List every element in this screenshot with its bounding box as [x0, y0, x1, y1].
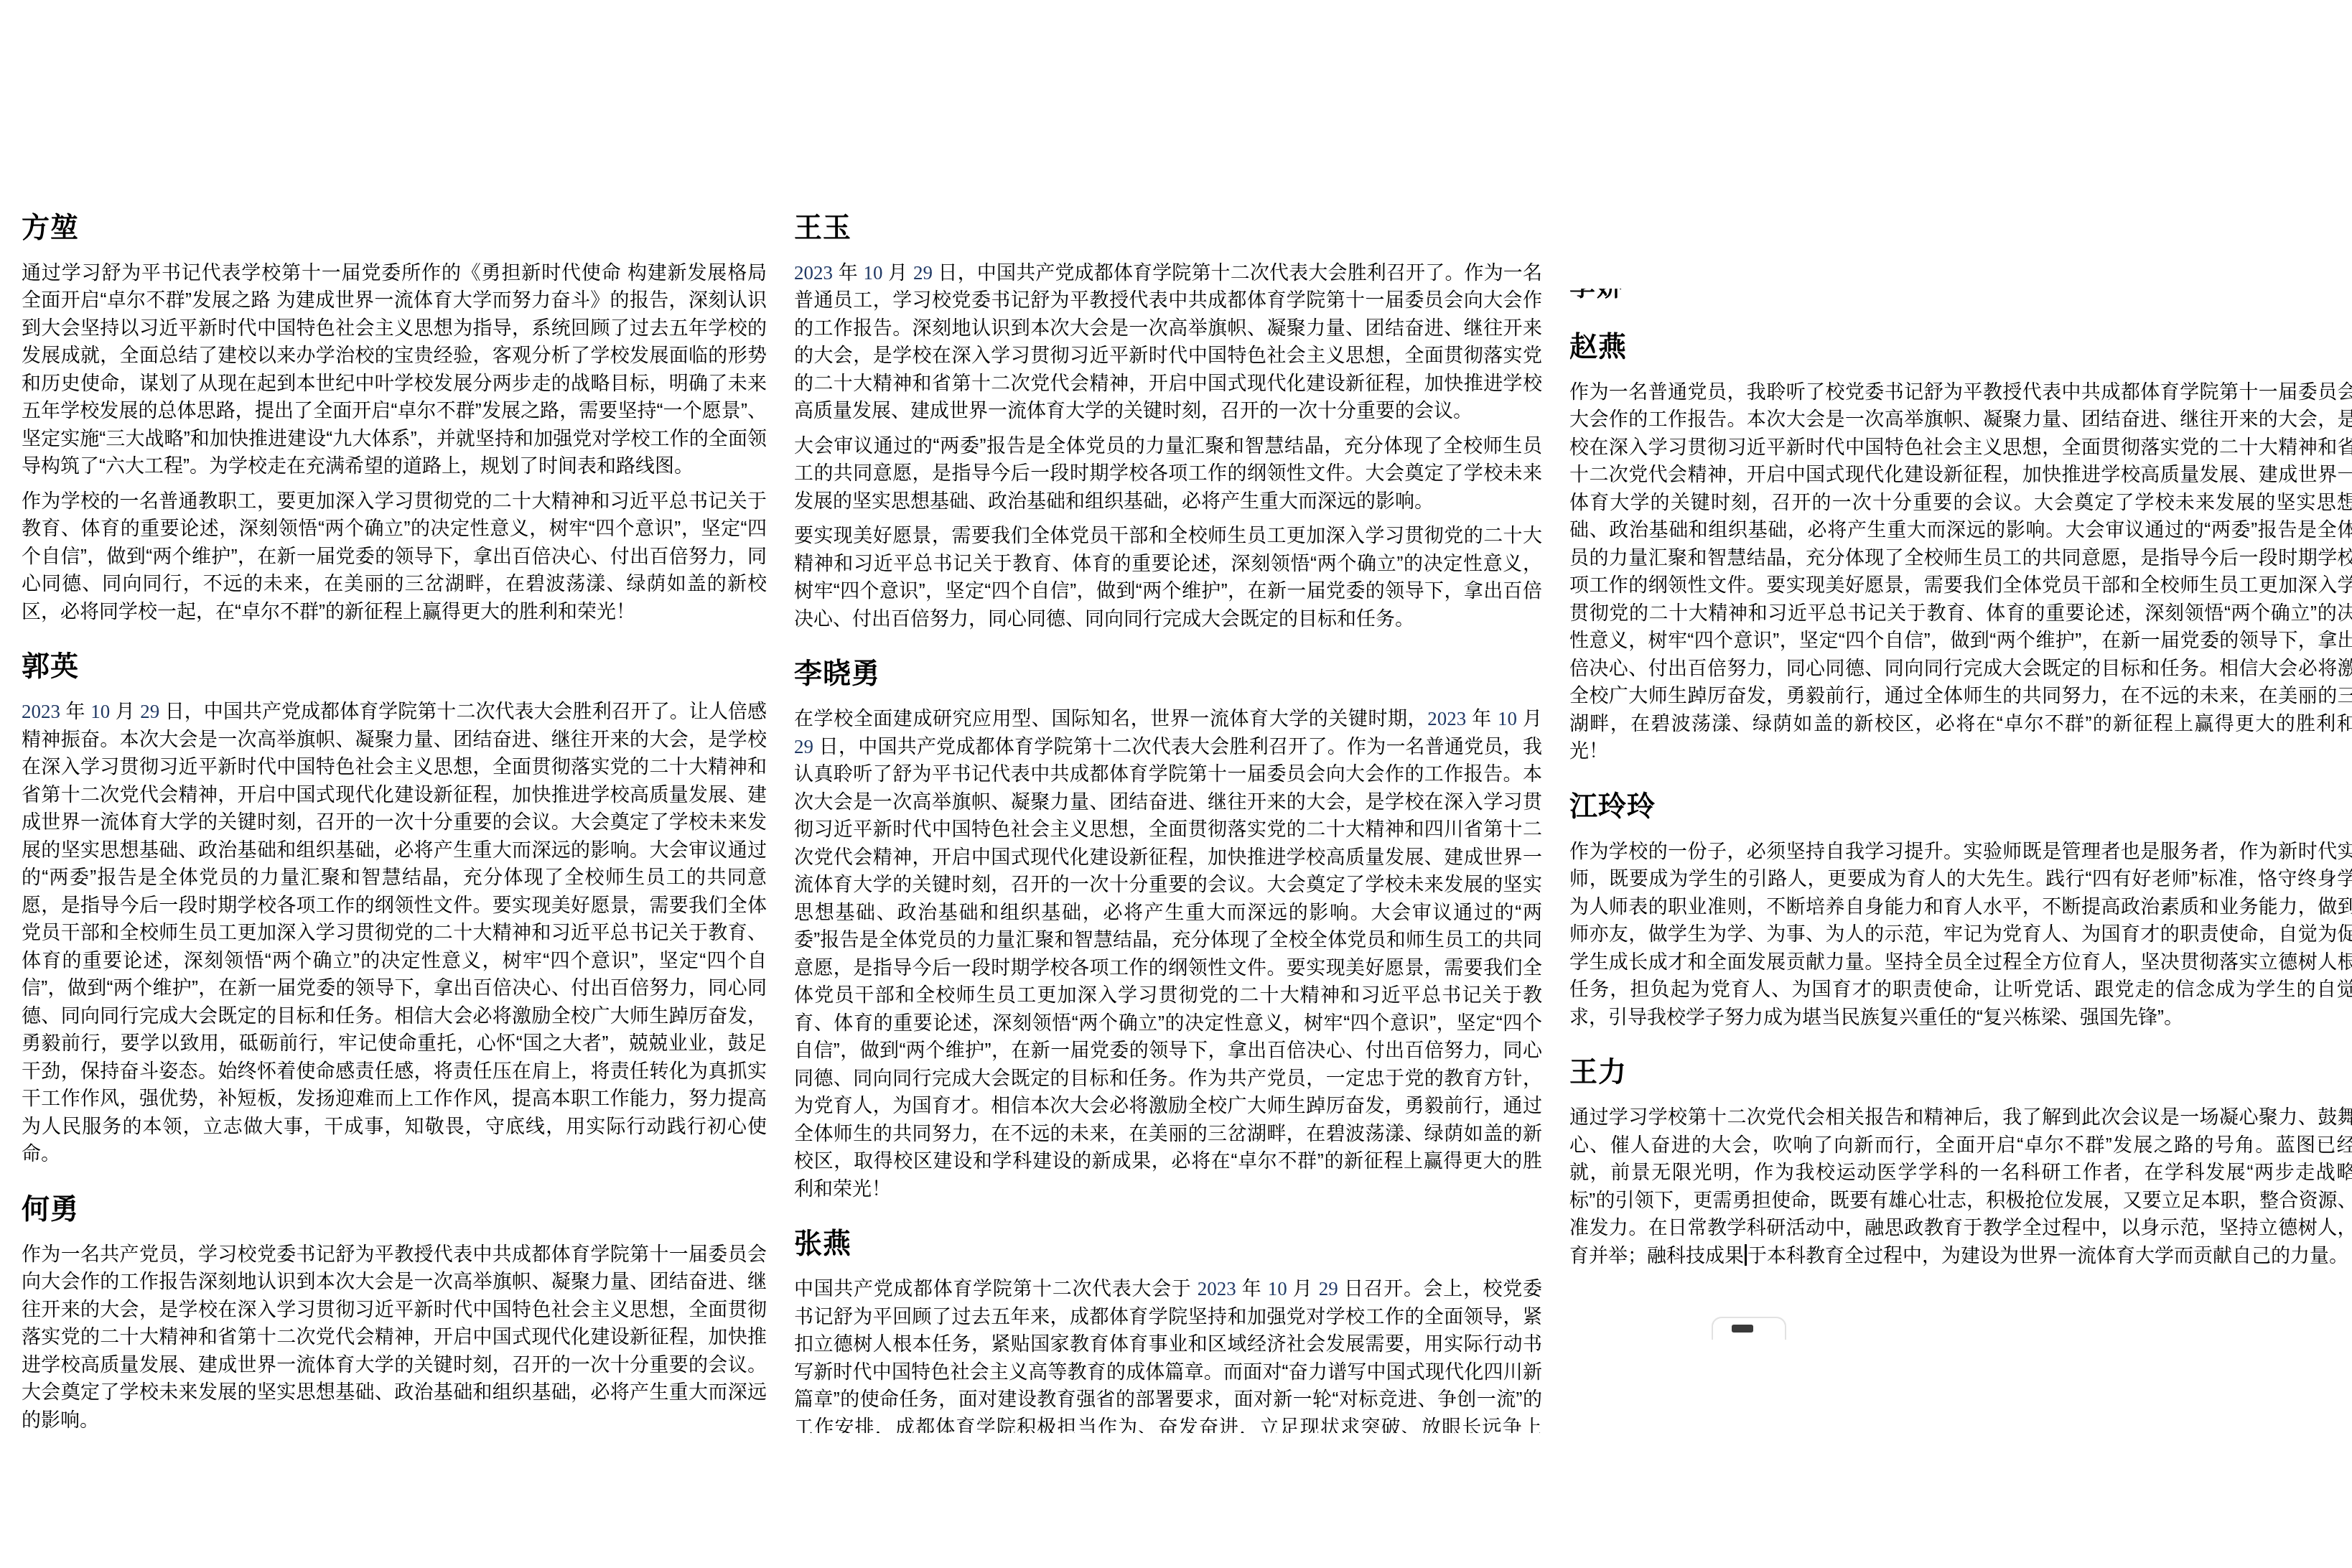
section-王力: 王力通过学习学校第十二次党代会相关报告和精神后，我了解到此次会议是一场凝心聚力、… [1569, 1057, 2352, 1269]
section-heading[interactable]: 方堃 [22, 213, 767, 245]
paragraph[interactable]: 作为一名普通党员，我聆听了校党委书记舒为平教授代表中共成都体育学院第十一届委员会… [1569, 378, 2352, 765]
section-heading[interactable]: 江玲玲 [1569, 791, 2352, 823]
section-江玲玲: 江玲玲作为学校的一份子，必须坚持自我学习提升。实验师既是管理者也是服务者，作为新… [1569, 791, 2352, 1031]
floating-popup[interactable] [1712, 1317, 1786, 1340]
section-方堃: 方堃通过学习舒为平书记代表学校第十一届党委所作的《勇担新时代使命 构建新发展格局… [22, 213, 767, 625]
clipped-heading-fragment: 李娇· [1569, 289, 2352, 306]
popup-glyph-icon [1732, 1325, 1753, 1333]
paragraph[interactable]: 要实现美好愿景，需要我们全体党员干部和全校师生员工更加深入学习贯彻党的二十大精神… [794, 522, 1542, 633]
section-heading[interactable]: 王力 [1569, 1057, 2352, 1089]
date-number: 29 [1319, 1278, 1338, 1299]
section-郭英: 郭英2023 年 10 月 29 日，中国共产党成都体育学院第十二次代表大会胜利… [22, 651, 767, 1167]
paragraph[interactable]: 2023 年 10 月 29 日，中国共产党成都体育学院第十二次代表大会胜利召开… [22, 698, 767, 1168]
section-heading[interactable]: 赵燕 [1569, 332, 2352, 364]
paragraph[interactable]: 作为学校的一份子，必须坚持自我学习提升。实验师既是管理者也是服务者，作为新时代实… [1569, 838, 2352, 1032]
paragraph[interactable]: 2023 年 10 月 29 日，中国共产党成都体育学院第十二次代表大会胜利召开… [794, 259, 1542, 425]
date-number: 10 [1268, 1278, 1287, 1299]
date-number: 10 [90, 701, 110, 722]
section-heading[interactable]: 郭英 [22, 651, 767, 683]
text-column-3[interactable]: 李娇· 赵燕作为一名普通党员，我聆听了校党委书记舒为平教授代表中共成都体育学院第… [1569, 289, 2352, 1416]
section-李晓勇: 李晓勇在学校全面建成研究应用型、国际知名，世界一流体育大学的关键时期，2023 … [794, 658, 1542, 1203]
section-何勇: 何勇作为一名共产党员，学习校党委书记舒为平教授代表中共成都体育学院第十一届委员会… [22, 1194, 767, 1437]
clipped-heading-fragment-text: 李娇· [1569, 289, 2352, 303]
date-number: 10 [1498, 708, 1517, 729]
date-number: 2023 [1427, 708, 1466, 729]
section-王玉: 王玉2023 年 10 月 29 日，中国共产党成都体育学院第十二次代表大会胜利… [794, 213, 1542, 633]
text-cursor [1745, 1244, 1747, 1266]
date-number: 10 [863, 262, 882, 284]
paragraph[interactable]: 中国共产党成都体育学院第十二次代表大会于 2023 年 10 月 29 日召开。… [794, 1275, 1542, 1433]
document-page[interactable]: 方堃通过学习舒为平书记代表学校第十一届党委所作的《勇担新时代使命 构建新发展格局… [0, 0, 2352, 1568]
date-number: 2023 [794, 262, 833, 284]
section-heading[interactable]: 李晓勇 [794, 658, 1542, 691]
date-number: 2023 [22, 701, 60, 722]
section-heading[interactable]: 王玉 [794, 213, 1542, 245]
date-number: 29 [913, 262, 933, 284]
text-column-1[interactable]: 方堃通过学习舒为平书记代表学校第十一届党委所作的《勇担新时代使命 构建新发展格局… [22, 213, 767, 1437]
paragraph[interactable]: 作为学校的一名普通教职工，要更加深入学习贯彻党的二十大精神和习近平总书记关于教育… [22, 487, 767, 626]
floating-popup-box[interactable] [1712, 1317, 1786, 1340]
date-number: 29 [140, 701, 159, 722]
paragraph[interactable]: 通过学习学校第十二次党代会相关报告和精神后，我了解到此次会议是一场凝心聚力、鼓舞… [1569, 1103, 2352, 1269]
section-heading[interactable]: 张燕 [794, 1228, 1542, 1261]
date-number: 29 [794, 736, 813, 757]
date-number: 2023 [1198, 1278, 1236, 1299]
section-赵燕: 赵燕作为一名普通党员，我聆听了校党委书记舒为平教授代表中共成都体育学院第十一届委… [1569, 332, 2352, 765]
section-张燕: 张燕中国共产党成都体育学院第十二次代表大会于 2023 年 10 月 29 日召… [794, 1228, 1542, 1433]
paragraph[interactable]: 作为一名共产党员，学习校党委书记舒为平教授代表中共成都体育学院第十一届委员会向大… [22, 1241, 767, 1434]
paragraph[interactable]: 通过学习舒为平书记代表学校第十一届党委所作的《勇担新时代使命 构建新发展格局 全… [22, 259, 767, 480]
section-heading[interactable]: 何勇 [22, 1194, 767, 1226]
paragraph[interactable]: 在学校全面建成研究应用型、国际知名，世界一流体育大学的关键时期，2023 年 1… [794, 705, 1542, 1203]
paragraph[interactable]: 大会审议通过的“两委”报告是全体党员的力量汇聚和智慧结晶，充分体现了全校师生员工… [794, 432, 1542, 515]
text-column-2[interactable]: 王玉2023 年 10 月 29 日，中国共产党成都体育学院第十二次代表大会胜利… [794, 213, 1542, 1433]
